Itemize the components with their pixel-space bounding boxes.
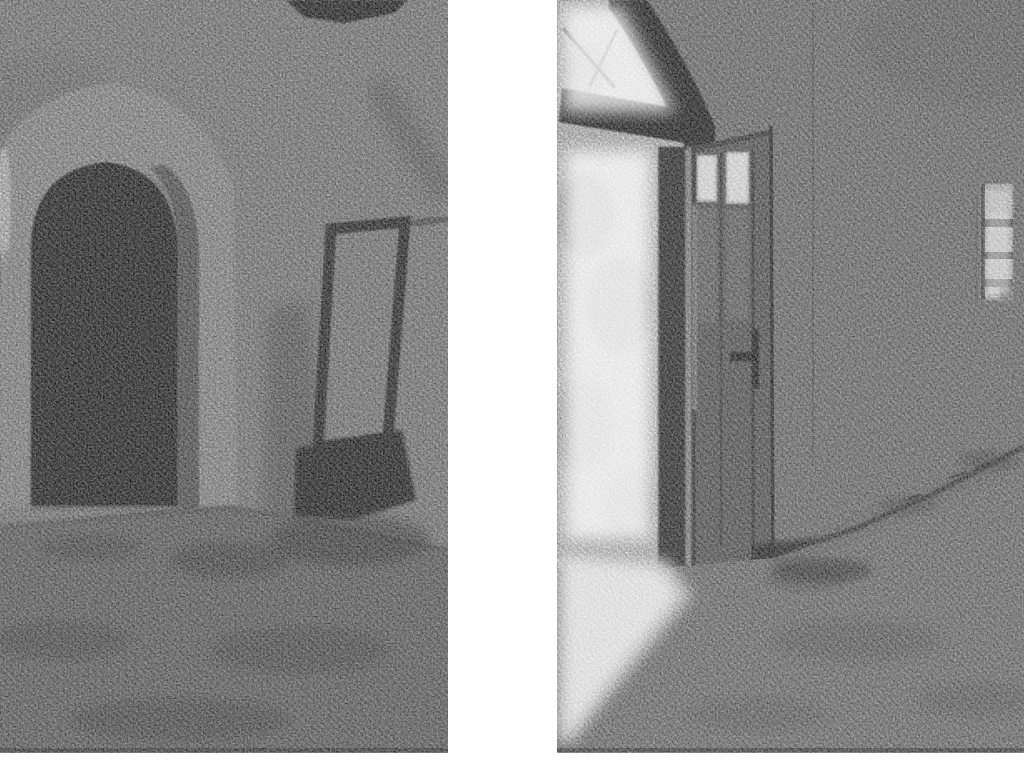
right-photo-canvas [557, 0, 1024, 753]
photo-left-arched-niche: Black-and-white dithered interior photog… [0, 0, 448, 753]
photo-right-open-door: Black-and-white dithered interior photog… [557, 0, 1024, 753]
photo-caption: Black-and-white dithered interior photog… [0, 753, 1, 754]
grain-white-overlay [0, 0, 448, 753]
photo-collage: Black-and-white dithered interior photog… [0, 0, 1024, 768]
left-photo-canvas [0, 0, 448, 753]
photo-caption: Black-and-white dithered interior photog… [557, 753, 558, 754]
